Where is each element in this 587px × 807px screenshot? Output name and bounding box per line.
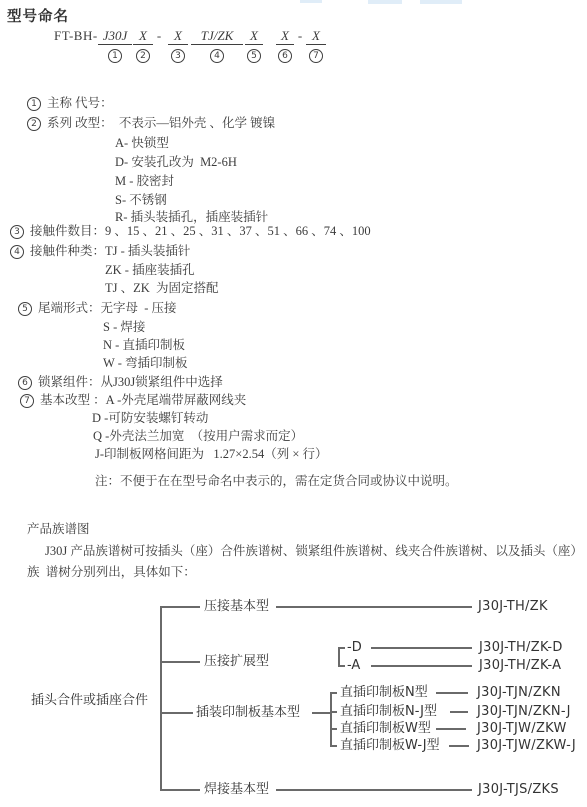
tree-branch-label: 压接基本型 — [204, 599, 269, 614]
tree-root-label: 插头合件或插座合件 — [31, 693, 148, 708]
circled-number: 6 — [18, 376, 32, 390]
circled-number: 3 — [171, 49, 185, 63]
tree-connector-line — [436, 692, 468, 694]
tree-branch-line — [160, 712, 193, 714]
spec-item-6: 6锁紧组件：从J30J锁紧组件中选择 — [18, 375, 223, 390]
circled-number: 7 — [309, 49, 323, 63]
spec-text: TJ 、ZK 为固定搭配 — [105, 281, 219, 295]
tree-bracket-arm — [338, 647, 345, 649]
tree-connector-line — [312, 712, 330, 714]
tree-sub-label: -A — [347, 658, 360, 673]
note-text: 注：不便于在在型号命名中表示的，需在定货合同或协议中说明。 — [95, 473, 458, 489]
tree-code: J30J-TJW/ZKW-J — [477, 738, 576, 753]
segment-text: X — [276, 29, 294, 45]
scan-artifact — [300, 0, 322, 3]
circled-number: 4 — [10, 245, 24, 259]
tree-sub-label: 直插印制板W型 — [340, 721, 431, 736]
segment-text: - — [295, 29, 305, 44]
spec-item-1: 1主称 代号： — [27, 96, 113, 111]
spec-item-3: 3接触件数目：9 、15 、21 、25 、31 、37 、51 、66 、74… — [10, 224, 371, 239]
circled-number: 4 — [210, 49, 224, 63]
tree-connector-line — [450, 711, 468, 713]
tree-connector-line — [371, 665, 472, 667]
spec-option: S- 不锈钢 — [115, 193, 167, 208]
spec-text: N - 直插印制板 — [103, 338, 185, 352]
spec-option: J-印制板网格间距为 1.27×2.54（列 × 行） — [95, 447, 328, 462]
spec-text: 锁紧组件：从J30J锁紧组件中选择 — [38, 375, 223, 389]
tree-code: J30J-TJN/ZKN — [477, 685, 561, 700]
spec-option: M - 胶密封 — [115, 174, 174, 189]
model-segment: TJ/ZK4 — [191, 29, 243, 63]
segment-text: TJ/ZK — [191, 29, 243, 45]
spec-option: D- 安装孔改为 M2-6H — [115, 155, 237, 170]
spec-text: M - 胶密封 — [115, 174, 174, 188]
spec-option: S - 焊接 — [103, 320, 145, 335]
spec-text: 接触件种类：TJ - 插头装插针 — [30, 244, 190, 258]
tree-code: J30J-TH/ZK-A — [479, 658, 561, 673]
model-segment: X3 — [168, 29, 188, 63]
spec-text: 主称 代号： — [47, 96, 113, 110]
scan-artifact — [420, 0, 462, 4]
spec-text: D -可防安装螺钉转动 — [92, 411, 208, 425]
tree-sub-label: -D — [347, 640, 362, 655]
tree-branch-label: 焊接基本型 — [204, 782, 269, 797]
spec-item-2: 2系列 改型： 不表示—铝外壳 、化学 镀镍 — [27, 116, 275, 131]
tree-branch-label: 压接扩展型 — [204, 654, 269, 669]
model-prefix: FT-BH- — [54, 29, 98, 43]
tree-code: J30J-TH/ZK — [478, 599, 548, 614]
spec-option: D -可防安装螺钉转动 — [92, 411, 208, 426]
family-heading: 产品族谱图 — [27, 521, 90, 537]
spec-item-7: 7基本改型 ：A -外壳尾端带屏蔽网线夹 — [20, 393, 246, 408]
spec-item-4: 4接触件种类：TJ - 插头装插针 — [10, 244, 190, 259]
spec-option: R- 插头装插孔，插座装插针 — [115, 210, 268, 225]
spec-text: R- 插头装插孔，插座装插针 — [115, 210, 268, 224]
tree-trunk-line — [160, 606, 162, 790]
circled-number: 6 — [278, 49, 292, 63]
spec-option: Q -外壳法兰加宽 （按用户需求而定） — [93, 429, 303, 444]
circled-number: 1 — [27, 97, 41, 111]
segment-text: X — [245, 29, 263, 45]
tree-code: J30J-TH/ZK-D — [479, 640, 563, 655]
tree-sub-label: 直插印制板N型 — [340, 685, 428, 700]
tree-connector-line — [449, 745, 469, 747]
family-intro-line1: J30J 产品族谱树可按插头（座）合件族谱树、锁紧组件族谱树、线夹合件族谱树、以… — [45, 543, 583, 559]
spec-text: 基本改型 ：A -外壳尾端带屏蔽网线夹 — [40, 393, 246, 407]
tree-bracket-line — [338, 647, 340, 666]
spec-option: N - 直插印制板 — [103, 338, 185, 353]
tree-connector-line — [371, 647, 472, 649]
spec-text: 接触件数目：9 、15 、21 、25 、31 、37 、51 、66 、74 … — [30, 224, 371, 238]
family-intro-line2: 族 谱树分别列出，具体如下： — [27, 564, 196, 580]
spec-text: 尾端形式：无字母 - 压接 — [38, 301, 177, 315]
spec-text: J-印制板网格间距为 1.27×2.54（列 × 行） — [95, 447, 328, 461]
circled-number: 3 — [10, 225, 24, 239]
spec-text: S- 不锈钢 — [115, 193, 167, 207]
tree-branch-label: 插装印制板基本型 — [196, 705, 300, 720]
segment-text: X — [306, 29, 326, 45]
spec-option: W - 弯插印制板 — [103, 356, 188, 371]
model-segment: X6 — [276, 29, 294, 63]
circled-number: 2 — [27, 117, 41, 131]
circled-number: 7 — [20, 394, 34, 408]
spec-text: W - 弯插印制板 — [103, 356, 188, 370]
tree-bracket-arm — [330, 711, 337, 713]
tree-sub-label: 直插印制板W-J型 — [340, 738, 440, 753]
document-page: 型号命名 FT-BH- J30J1 X2 - X3 TJ/ZK4 X5 X6 -… — [0, 0, 587, 807]
tree-bracket-arm — [330, 728, 337, 730]
tree-branch-line — [160, 789, 200, 791]
tree-bracket-line — [330, 692, 332, 746]
circled-number: 5 — [18, 302, 32, 316]
model-segment: X5 — [245, 29, 263, 63]
tree-bracket-arm — [330, 692, 337, 694]
spec-text: ZK - 插座装插孔 — [105, 263, 195, 277]
tree-code: J30J-TJN/ZKN-J — [477, 704, 571, 719]
spec-option: A- 快锁型 — [115, 136, 169, 151]
segment-text: X — [133, 29, 153, 45]
tree-branch-line — [160, 606, 200, 608]
tree-branch-line — [160, 661, 200, 663]
model-separator: - — [295, 29, 305, 44]
circled-number: 1 — [108, 49, 122, 63]
segment-text: - — [154, 29, 164, 44]
model-segment: X7 — [306, 29, 326, 63]
tree-connector-line — [436, 728, 466, 730]
model-separator: - — [154, 29, 164, 44]
tree-bracket-arm — [338, 665, 345, 667]
tree-bracket-arm — [330, 745, 337, 747]
scan-artifact — [368, 0, 402, 4]
tree-code: J30J-TJS/ZKS — [478, 782, 559, 797]
tree-connector-line — [276, 606, 472, 608]
segment-text: X — [168, 29, 188, 45]
spec-option: TJ 、ZK 为固定搭配 — [105, 281, 219, 296]
spec-text: Q -外壳法兰加宽 （按用户需求而定） — [93, 429, 303, 443]
segment-text: J30J — [98, 29, 132, 45]
spec-option: ZK - 插座装插孔 — [105, 263, 195, 278]
model-segment: J30J1 — [98, 29, 132, 63]
circled-number: 2 — [136, 49, 150, 63]
spec-text: D- 安装孔改为 M2-6H — [115, 155, 237, 169]
tree-sub-label: 直插印制板N-J型 — [340, 704, 437, 719]
spec-text: A- 快锁型 — [115, 136, 169, 150]
page-title: 型号命名 — [7, 5, 69, 26]
circled-number: 5 — [247, 49, 261, 63]
tree-code: J30J-TJW/ZKW — [477, 721, 567, 736]
spec-text: 系列 改型： 不表示—铝外壳 、化学 镀镍 — [47, 116, 275, 130]
spec-text: S - 焊接 — [103, 320, 145, 334]
model-segment: X2 — [133, 29, 153, 63]
spec-item-5: 5尾端形式：无字母 - 压接 — [18, 301, 177, 316]
tree-connector-line — [276, 789, 472, 791]
